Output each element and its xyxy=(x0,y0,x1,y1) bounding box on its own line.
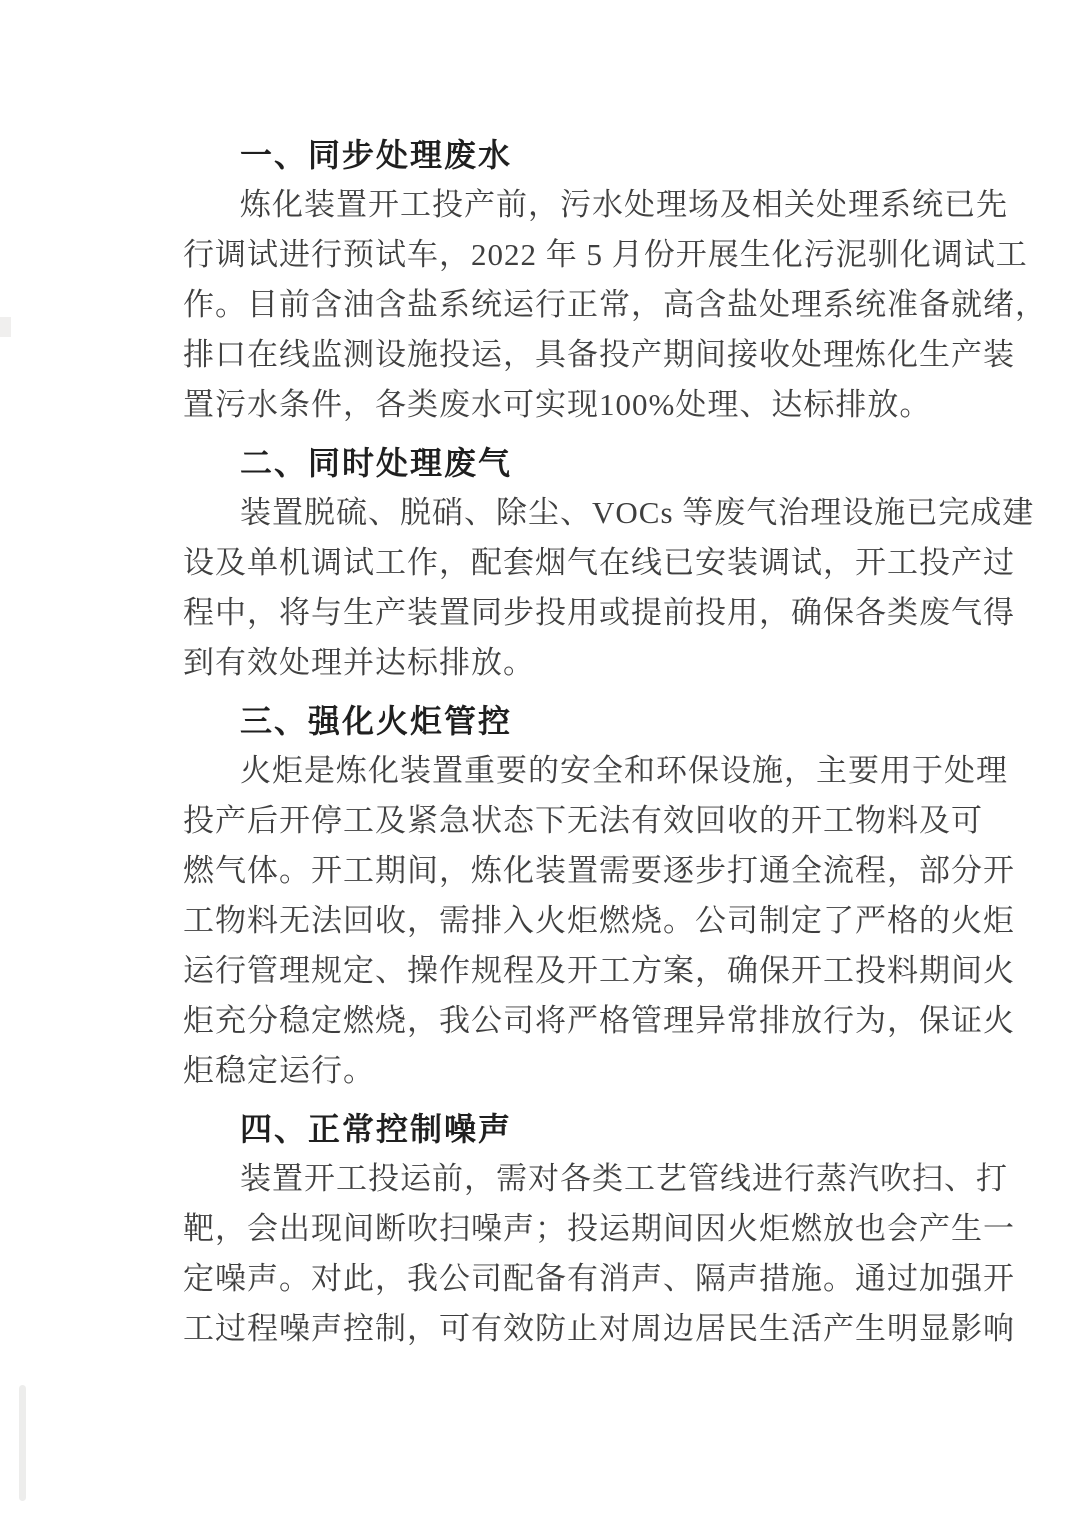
text-line: 火炬是炼化装置重要的安全和环保设施，主要用于处理 xyxy=(183,746,937,796)
text-line: 装置开工投运前，需对各类工艺管线进行蒸汽吹扫、打 xyxy=(183,1154,937,1204)
scan-artifact xyxy=(0,317,11,337)
text-line: 运行管理规定、操作规程及开工方案，确保开工投料期间火 xyxy=(183,946,937,996)
document-page: 一、同步处理废水 炼化装置开工投产前，污水处理场及相关处理系统已先 行调试进行预… xyxy=(0,0,1080,1526)
text-line: 行调试进行预试车，2022 年 5 月份开展生化污泥驯化调试工 xyxy=(183,230,937,280)
text-line: 设及单机调试工作，配套烟气在线已安装调试，开工投产过 xyxy=(183,538,937,588)
document-body: 一、同步处理废水 炼化装置开工投产前，污水处理场及相关处理系统已先 行调试进行预… xyxy=(183,122,937,1354)
text-line: 工过程噪声控制，可有效防止对周边居民生活产生明显影响 xyxy=(183,1304,937,1354)
text-line: 炼化装置开工投产前，污水处理场及相关处理系统已先 xyxy=(183,180,937,230)
text-line: 定噪声。对此，我公司配备有消声、隔声措施。通过加强开 xyxy=(183,1254,937,1304)
text-line: 燃气体。开工期间，炼化装置需要逐步打通全流程，部分开 xyxy=(183,846,937,896)
text-line: 到有效处理并达标排放。 xyxy=(183,638,937,688)
text-line: 排口在线监测设施投运，具备投产期间接收处理炼化生产装 xyxy=(183,330,937,380)
section-heading-noise-control: 四、正常控制噪声 xyxy=(183,1104,937,1154)
text-line: 程中，将与生产装置同步投用或提前投用，确保各类废气得 xyxy=(183,588,937,638)
section-heading-wastewater: 一、同步处理废水 xyxy=(183,130,937,180)
scan-artifact xyxy=(19,1385,26,1501)
text-line: 置污水条件，各类废水可实现100%处理、达标排放。 xyxy=(183,380,937,430)
section-heading-flare-control: 三、强化火炬管控 xyxy=(183,696,937,746)
text-line: 靶，会出现间断吹扫噪声；投运期间因火炬燃放也会产生一 xyxy=(183,1204,937,1254)
text-line: 作。目前含油含盐系统运行正常，高含盐处理系统准备就绪， xyxy=(183,280,937,330)
text-line: 炬稳定运行。 xyxy=(183,1046,937,1096)
text-line: 投产后开停工及紧急状态下无法有效回收的开工物料及可 xyxy=(183,796,937,846)
text-line: 工物料无法回收，需排入火炬燃烧。公司制定了严格的火炬 xyxy=(183,896,937,946)
section-heading-exhaust-gas: 二、同时处理废气 xyxy=(183,438,937,488)
text-line: 装置脱硫、脱硝、除尘、VOCs 等废气治理设施已完成建 xyxy=(183,488,937,538)
text-line: 炬充分稳定燃烧，我公司将严格管理异常排放行为，保证火 xyxy=(183,996,937,1046)
